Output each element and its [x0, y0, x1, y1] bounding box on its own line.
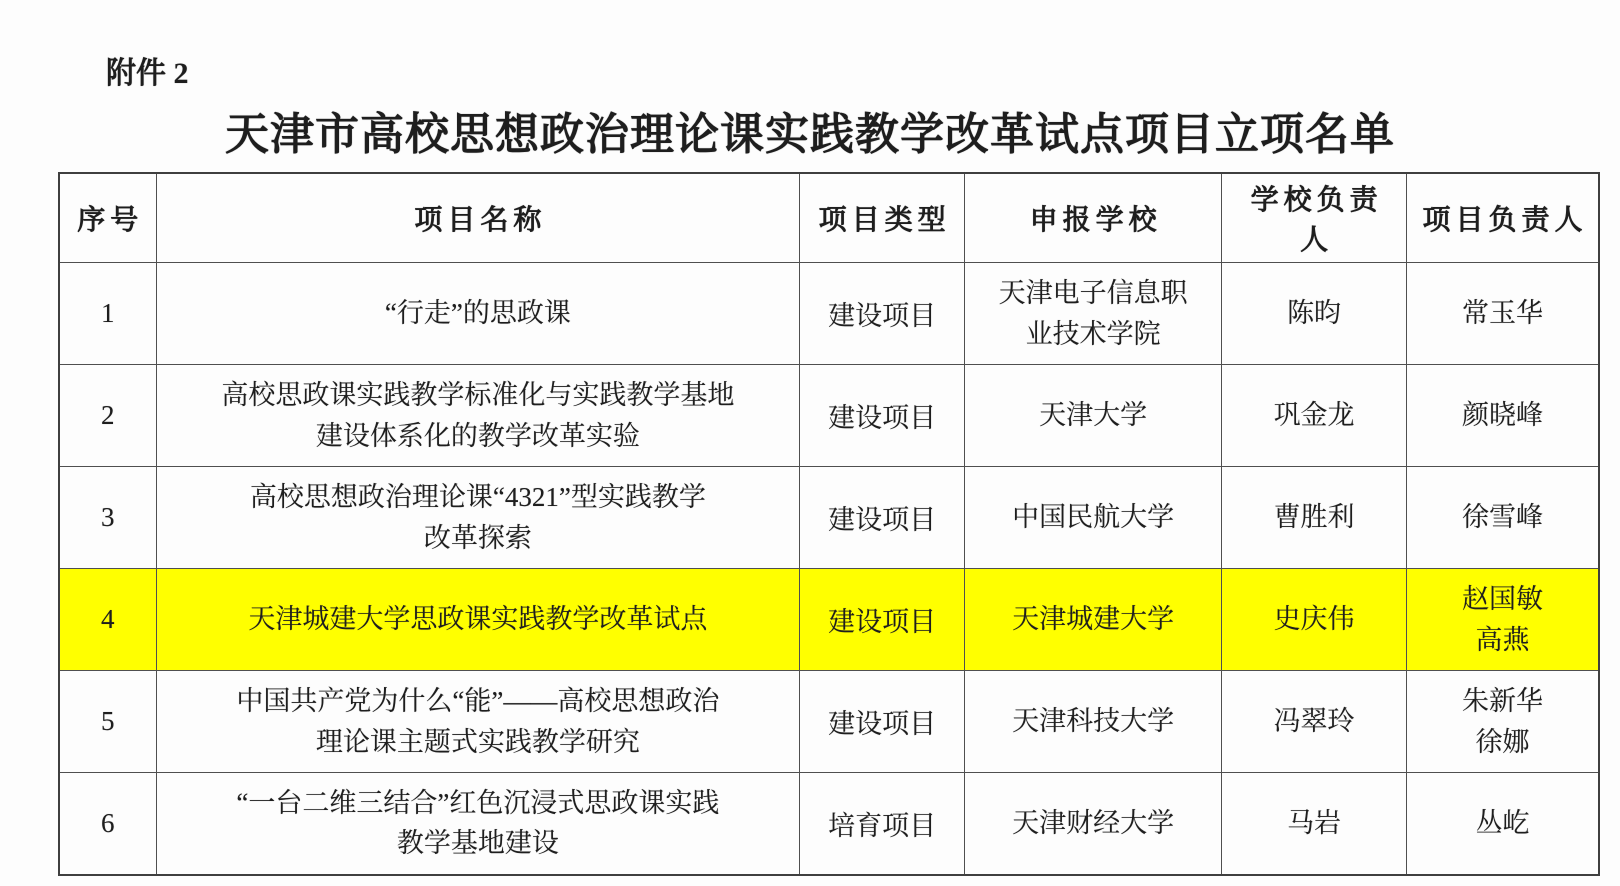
cell-school-leader: 陈昀	[1222, 263, 1407, 365]
cell-project-type: 培育项目	[800, 773, 965, 875]
cell-school-leader: 巩金龙	[1222, 365, 1407, 467]
column-header-no: 序号	[59, 173, 156, 263]
cell-text-line: 改革探索	[165, 518, 792, 559]
cell-school: 天津城建大学	[965, 569, 1222, 671]
cell-text-line: 中国共产党为什么“能”——高校思想政治	[165, 681, 792, 722]
cell-school-leader: 马岩	[1222, 773, 1407, 875]
cell-text-line: 天津财经大学	[973, 803, 1213, 844]
cell-project-leader: 丛屹	[1406, 773, 1599, 875]
cell-text-line: “行走”的思政课	[165, 293, 792, 334]
table-row: 2 高校思政课实践教学标准化与实践教学基地建设体系化的教学改革实验 建设项目 天…	[59, 365, 1599, 467]
cell-text-line: 教学基地建设	[165, 823, 792, 864]
cell-text-line: 建设体系化的教学改革实验	[165, 416, 792, 457]
cell-text-line: 天津城建大学思政课实践教学改革试点	[165, 599, 792, 640]
cell-school: 天津电子信息职业技术学院	[965, 263, 1222, 365]
attachment-label: 附件 2	[106, 48, 189, 92]
cell-project-leader: 徐雪峰	[1406, 467, 1599, 569]
cell-project-name: 高校思政课实践教学标准化与实践教学基地建设体系化的教学改革实验	[156, 365, 800, 467]
cell-project-name: “一台二维三结合”红色沉浸式思政课实践教学基地建设	[156, 773, 800, 875]
cell-project-leader: 朱新华徐娜	[1406, 671, 1599, 773]
cell-text-line: 朱新华	[1415, 681, 1590, 722]
cell-project-type: 建设项目	[800, 467, 965, 569]
column-header-project-name: 项目名称	[156, 173, 800, 263]
cell-serial-number: 1	[59, 263, 156, 365]
table-row: 1 “行走”的思政课 建设项目 天津电子信息职业技术学院 陈昀 常玉华	[59, 263, 1599, 365]
cell-text-line: 高燕	[1415, 620, 1590, 661]
cell-school-leader: 曹胜利	[1222, 467, 1407, 569]
cell-text-line: “一台二维三结合”红色沉浸式思政课实践	[165, 783, 792, 824]
cell-project-type: 建设项目	[800, 263, 965, 365]
table-row: 6 “一台二维三结合”红色沉浸式思政课实践教学基地建设 培育项目 天津财经大学 …	[59, 773, 1599, 875]
cell-project-leader: 颜晓峰	[1406, 365, 1599, 467]
cell-serial-number: 6	[59, 773, 156, 875]
cell-text-line: 高校思政课实践教学标准化与实践教学基地	[165, 375, 792, 416]
cell-text-line: 巩金龙	[1230, 395, 1398, 436]
cell-project-name: 天津城建大学思政课实践教学改革试点	[156, 569, 800, 671]
column-header-project-leader: 项目负责人	[1406, 173, 1599, 263]
cell-serial-number: 2	[59, 365, 156, 467]
cell-text-line: 徐娜	[1415, 722, 1590, 763]
cell-text-line: 丛屹	[1415, 803, 1590, 844]
document-page: 附件 2 天津市高校思想政治理论课实践教学改革试点项目立项名单 序号 项目名称 …	[0, 0, 1620, 886]
document-title: 天津市高校思想政治理论课实践教学改革试点项目立项名单	[40, 98, 1580, 162]
cell-project-type: 建设项目	[800, 671, 965, 773]
cell-project-name: 中国共产党为什么“能”——高校思想政治理论课主题式实践教学研究	[156, 671, 800, 773]
projects-table: 序号 项目名称 项目类型 申报学校 学校负责人 项目负责人 1 “行走”的思政课…	[58, 172, 1600, 876]
cell-text-line: 史庆伟	[1230, 599, 1398, 640]
cell-project-type: 建设项目	[800, 569, 965, 671]
cell-text-line: 理论课主题式实践教学研究	[165, 722, 792, 763]
column-header-school: 申报学校	[965, 173, 1222, 263]
cell-text-line: 天津科技大学	[973, 701, 1213, 742]
cell-text-line: 马岩	[1230, 803, 1398, 844]
cell-text-line: 高校思想政治理论课“4321”型实践教学	[165, 477, 792, 518]
column-header-project-type: 项目类型	[800, 173, 965, 263]
cell-text-line: 陈昀	[1230, 293, 1398, 334]
cell-text-line: 业技术学院	[973, 314, 1213, 355]
table-header: 序号 项目名称 项目类型 申报学校 学校负责人 项目负责人	[59, 173, 1599, 263]
table-row: 3 高校思想政治理论课“4321”型实践教学改革探索 建设项目 中国民航大学 曹…	[59, 467, 1599, 569]
table-row: 5 中国共产党为什么“能”——高校思想政治理论课主题式实践教学研究 建设项目 天…	[59, 671, 1599, 773]
cell-project-leader: 常玉华	[1406, 263, 1599, 365]
cell-text-line: 颜晓峰	[1415, 395, 1590, 436]
table-header-row: 序号 项目名称 项目类型 申报学校 学校负责人 项目负责人	[59, 173, 1599, 263]
column-header-school-leader: 学校负责人	[1222, 173, 1407, 263]
cell-project-type: 建设项目	[800, 365, 965, 467]
cell-school-leader: 史庆伟	[1222, 569, 1407, 671]
cell-school: 天津科技大学	[965, 671, 1222, 773]
cell-text-line: 中国民航大学	[973, 497, 1213, 538]
cell-school: 天津财经大学	[965, 773, 1222, 875]
cell-serial-number: 3	[59, 467, 156, 569]
cell-serial-number: 5	[59, 671, 156, 773]
cell-text-line: 天津城建大学	[973, 599, 1213, 640]
cell-text-line: 曹胜利	[1230, 497, 1398, 538]
cell-text-line: 天津大学	[973, 395, 1213, 436]
cell-serial-number: 4	[59, 569, 156, 671]
cell-school: 天津大学	[965, 365, 1222, 467]
cell-text-line: 冯翠玲	[1230, 701, 1398, 742]
cell-text-line: 天津电子信息职	[973, 273, 1213, 314]
table-body: 1 “行走”的思政课 建设项目 天津电子信息职业技术学院 陈昀 常玉华 2 高校…	[59, 263, 1599, 875]
cell-school-leader: 冯翠玲	[1222, 671, 1407, 773]
cell-text-line: 常玉华	[1415, 293, 1590, 334]
table-row: 4 天津城建大学思政课实践教学改革试点 建设项目 天津城建大学 史庆伟 赵国敏高…	[59, 569, 1599, 671]
cell-text-line: 徐雪峰	[1415, 497, 1590, 538]
cell-school: 中国民航大学	[965, 467, 1222, 569]
cell-text-line: 赵国敏	[1415, 579, 1590, 620]
cell-project-name: 高校思想政治理论课“4321”型实践教学改革探索	[156, 467, 800, 569]
cell-project-leader: 赵国敏高燕	[1406, 569, 1599, 671]
cell-project-name: “行走”的思政课	[156, 263, 800, 365]
